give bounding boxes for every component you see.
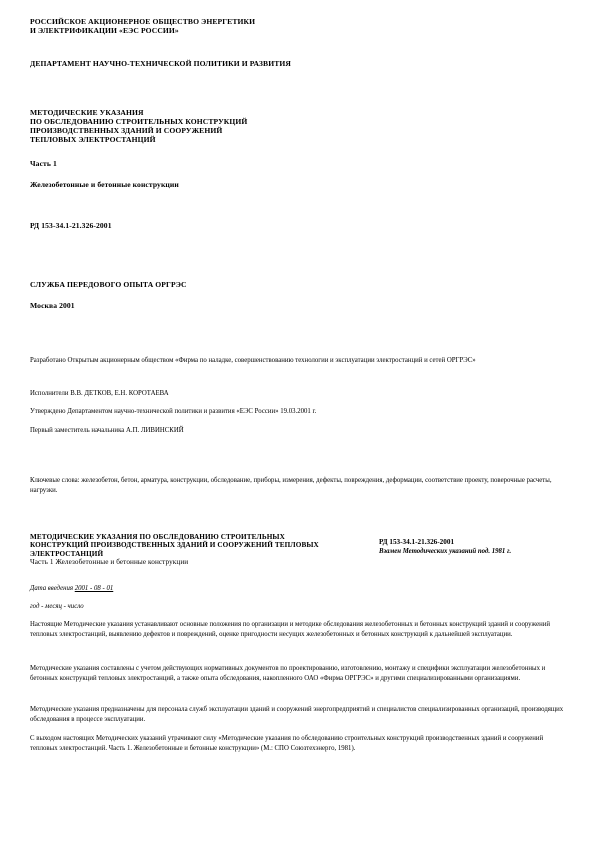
running-header-right: РД 153-34.1-21.326-2001 Взамен Методичес… bbox=[379, 538, 569, 556]
publisher: СЛУЖБА ПЕРЕДОВОГО ОПЫТА ОРГРЭС bbox=[30, 280, 187, 289]
paragraph-supersedes: С выходом настоящих Методических указани… bbox=[30, 734, 570, 753]
place-year: Москва 2001 bbox=[30, 301, 75, 310]
header-doc-code: РД 153-34.1-21.326-2001 bbox=[379, 538, 569, 547]
document-title: МЕТОДИЧЕСКИЕ УКАЗАНИЯ ПО ОБСЛЕДОВАНИЮ СТ… bbox=[30, 108, 247, 144]
deputy-head: Первый заместитель начальника А.П. ЛИВИН… bbox=[30, 426, 184, 435]
keywords: Ключевые слова: железобетон, бетон, арма… bbox=[30, 476, 570, 495]
org-line-1: РОССИЙСКОЕ АКЦИОНЕРНОЕ ОБЩЕСТВО ЭНЕРГЕТИ… bbox=[30, 17, 255, 26]
header-part: Часть 1 Железобетонные и бетонные констр… bbox=[30, 558, 370, 566]
header-title-line: КОНСТРУКЦИЙ ПРОИЗВОДСТВЕННЫХ ЗДАНИЙ И СО… bbox=[30, 541, 370, 549]
intro-date: Дата введения 2001 - 08 - 01 bbox=[30, 584, 113, 593]
intro-date-label: Дата введения bbox=[30, 585, 75, 592]
authors: Исполнители В.В. ДЕТКОВ, Е.Н. КОРОТАЕВА bbox=[30, 389, 169, 398]
approved-by: Утверждено Департаментом научно-техничес… bbox=[30, 407, 316, 416]
running-header-left: МЕТОДИЧЕСКИЕ УКАЗАНИЯ ПО ОБСЛЕДОВАНИЮ СТ… bbox=[30, 533, 370, 567]
intro-date-value: 2001 - 08 - 01 bbox=[75, 585, 114, 592]
title-line: ПРОИЗВОДСТВЕННЫХ ЗДАНИЙ И СООРУЖЕНИЙ bbox=[30, 126, 247, 135]
document-code: РД 153-34.1-21.326-2001 bbox=[30, 221, 112, 230]
developed-by: Разработано Открытым акционерным обществ… bbox=[30, 356, 570, 366]
title-line: МЕТОДИЧЕСКИЕ УКАЗАНИЯ bbox=[30, 108, 247, 117]
date-format-hint: год - месяц - число bbox=[30, 602, 84, 611]
document-subtitle: Железобетонные и бетонные конструкции bbox=[30, 180, 179, 189]
department-name: ДЕПАРТАМЕНТ НАУЧНО-ТЕХНИЧЕСКОЙ ПОЛИТИКИ … bbox=[30, 59, 291, 68]
paragraph-basis: Методические указания составлены с учето… bbox=[30, 664, 570, 683]
title-line: ТЕПЛОВЫХ ЭЛЕКТРОСТАНЦИЙ bbox=[30, 135, 247, 144]
paragraph-scope: Настоящие Методические указания устанавл… bbox=[30, 620, 570, 639]
part-number: Часть 1 bbox=[30, 159, 57, 168]
title-line: ПО ОБСЛЕДОВАНИЮ СТРОИТЕЛЬНЫХ КОНСТРУКЦИЙ bbox=[30, 117, 247, 126]
organization-name: РОССИЙСКОЕ АКЦИОНЕРНОЕ ОБЩЕСТВО ЭНЕРГЕТИ… bbox=[30, 17, 255, 35]
header-title-line: ЭЛЕКТРОСТАНЦИЙ bbox=[30, 550, 370, 558]
org-line-2: И ЭЛЕКТРИФИКАЦИИ «ЕЭС РОССИИ» bbox=[30, 26, 255, 35]
replaces-note: Взамен Методических указаний под. 1981 г… bbox=[379, 547, 569, 556]
paragraph-audience: Методические указания предназначены для … bbox=[30, 705, 570, 724]
